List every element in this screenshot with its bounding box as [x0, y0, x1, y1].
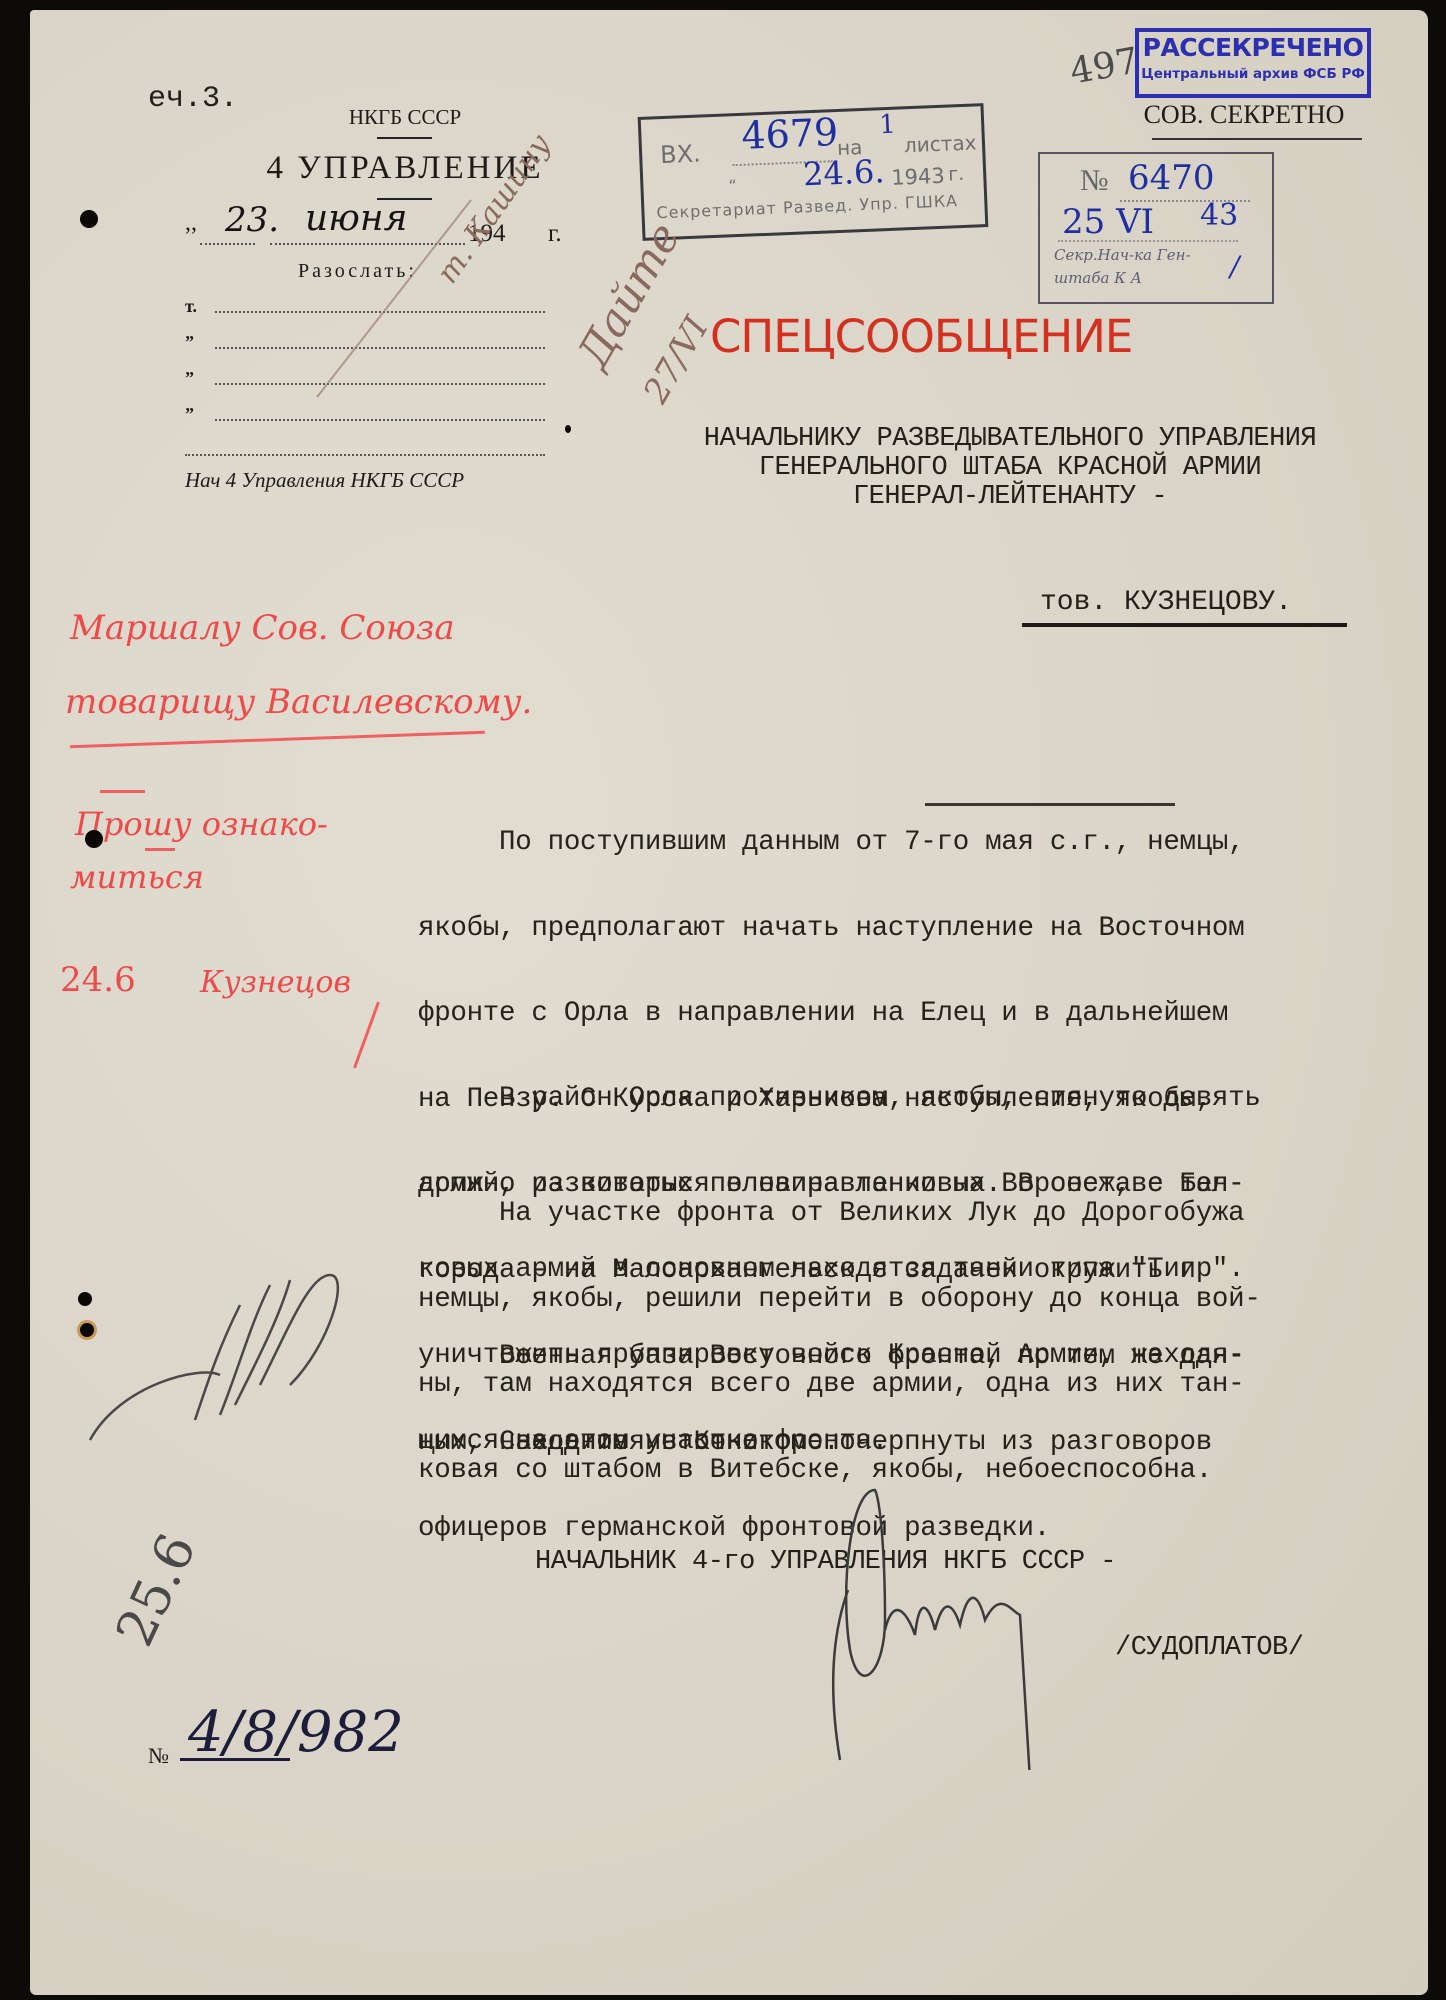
red-underline — [70, 731, 485, 748]
stamp-number: 4679 — [741, 110, 839, 158]
signature-name: /СУДОПЛАТОВ/ — [1115, 1633, 1303, 1663]
stamp-year-suffix: г. — [948, 163, 965, 186]
distribute-prefix: т. — [185, 296, 197, 317]
registry-office-1: Секр.Нач-ка Ген- — [1054, 246, 1191, 264]
stamp-prefix: ВХ. — [660, 140, 702, 170]
addressee-name: тов. КУЗНЕЦОВУ. — [1040, 587, 1292, 618]
classification-underline — [1152, 138, 1362, 140]
body-line: якобы, предполагают начать наступление н… — [418, 915, 1244, 944]
body-line: По поступившим данным от 7-го мая с.г., … — [418, 829, 1244, 858]
punch-hole — [80, 1323, 94, 1337]
stamp-year: 1943 — [891, 164, 945, 190]
body-line: Сведения источником почерпнуты из разгов… — [418, 1429, 1212, 1458]
document-page: еч.3. НКГБ СССР 4 УПРАВЛЕНИЕ ,, 23. июня… — [30, 10, 1428, 1995]
registry-number: 6470 — [1128, 158, 1215, 198]
date-suffix: г. — [548, 220, 562, 248]
incoming-stamp: ВХ. 4679 на 1 листах “ 24.6. 1943 г. Сек… — [638, 103, 989, 241]
declassified-subtitle: Центральный архив ФСБ РФ — [1139, 64, 1367, 84]
addressee-block: НАЧАЛЬНИКУ РАЗВЕДЫВАТЕЛЬНОГО УПРАВЛЕНИЯ … — [610, 425, 1410, 512]
archive-number: 4/8/982 — [188, 1700, 404, 1765]
body-line: В район Орла противником, якобы, стянуто… — [418, 1085, 1261, 1114]
registry-year: 43 — [1200, 198, 1238, 233]
registry-office-2: штаба К А — [1054, 269, 1142, 287]
distribute-prefix: ” — [185, 404, 194, 425]
distribute-line — [215, 347, 545, 349]
stamp-quote: “ — [728, 176, 737, 195]
archive-underline — [180, 1758, 290, 1761]
margin-signature-scribble — [80, 1265, 340, 1445]
document-title: СПЕЦСООБЩЕНИЕ — [710, 310, 1132, 363]
margin-date: 25.6 — [105, 1525, 208, 1655]
distribute-line — [215, 419, 545, 421]
red-annotation-signature: Кузнецов — [200, 965, 351, 1000]
red-mark — [145, 848, 175, 851]
pencil-resolution-3: 27/VI — [636, 310, 717, 410]
stamp-date: 24.6. — [802, 152, 885, 193]
red-annotation-2: товарищу Василевскому. — [65, 682, 532, 722]
addressee-line-1: НАЧАЛЬНИКУ РАЗВЕДЫВАТЕЛЬНОГО УПРАВЛЕНИЯ — [610, 425, 1410, 454]
stamp-office: Секретариат Развед. Упр. ГШКА — [656, 191, 958, 222]
classification-label: СОВ. СЕКРЕТНО — [1120, 100, 1368, 130]
red-stroke — [353, 1002, 380, 1069]
punch-hole — [80, 210, 98, 228]
copy-number: еч.3. — [148, 82, 238, 116]
registry-mark: / — [1230, 250, 1239, 283]
date-day-line — [200, 243, 255, 245]
date-quote: ,, — [185, 210, 197, 237]
punch-hole — [85, 830, 103, 848]
red-annotation-3: Прошу ознако- — [75, 805, 328, 843]
declassified-title: РАССЕКРЕЧЕНО — [1139, 32, 1367, 64]
agency-name: НКГБ СССР — [305, 105, 505, 130]
speck — [565, 425, 571, 433]
body-line: Военная база Восточного фронта, по тем ж… — [418, 1343, 1244, 1372]
distribute-label: Разослать: — [298, 260, 417, 283]
stamp-sheets: 1 — [879, 110, 897, 141]
red-annotation-4: миться — [70, 858, 204, 896]
red-annotation-date: 24.6 — [60, 960, 136, 1000]
distribute-prefix: ” — [185, 368, 194, 389]
sender-line: Нач 4 Управления НКГБ СССР — [185, 468, 464, 493]
addressee-line-3: ГЕНЕРАЛ-ЛЕЙТЕНАНТУ - — [610, 483, 1410, 512]
handwritten-folio: 497 — [1067, 40, 1142, 92]
body-line: фронте с Орла в направлении на Елец и в … — [418, 1000, 1244, 1029]
date-day: 23. — [225, 200, 279, 240]
punch-hole — [78, 1292, 92, 1306]
distribute-line — [215, 383, 545, 385]
distribute-line — [185, 454, 545, 456]
registry-date: 25 VI — [1062, 202, 1154, 242]
distribute-prefix: ” — [185, 332, 194, 353]
registry-number-label: № — [1080, 164, 1109, 198]
registry-stamp: № 6470 25 VI 43 Секр.Нач-ка Ген- штаба К… — [1038, 152, 1274, 304]
addressee-line-2: ГЕНЕРАЛЬНОГО ШТАБА КРАСНОЙ АРМИИ — [610, 454, 1410, 483]
addressee-underline — [1022, 623, 1347, 627]
declassified-stamp: РАССЕКРЕЧЕНО Центральный архив ФСБ РФ — [1135, 28, 1371, 98]
body-line: На участке фронта от Великих Лук до Доро… — [418, 1200, 1261, 1229]
date-month: июня — [305, 198, 407, 239]
archive-number-label: № — [148, 1743, 169, 1769]
red-annotation-1: Маршалу Сов. Союза — [70, 608, 455, 648]
red-mark — [100, 790, 145, 793]
date-underline — [925, 803, 1175, 806]
signature-scribble — [680, 1470, 1040, 1770]
divider — [377, 137, 432, 139]
stamp-sheets-label: листах — [904, 130, 977, 157]
